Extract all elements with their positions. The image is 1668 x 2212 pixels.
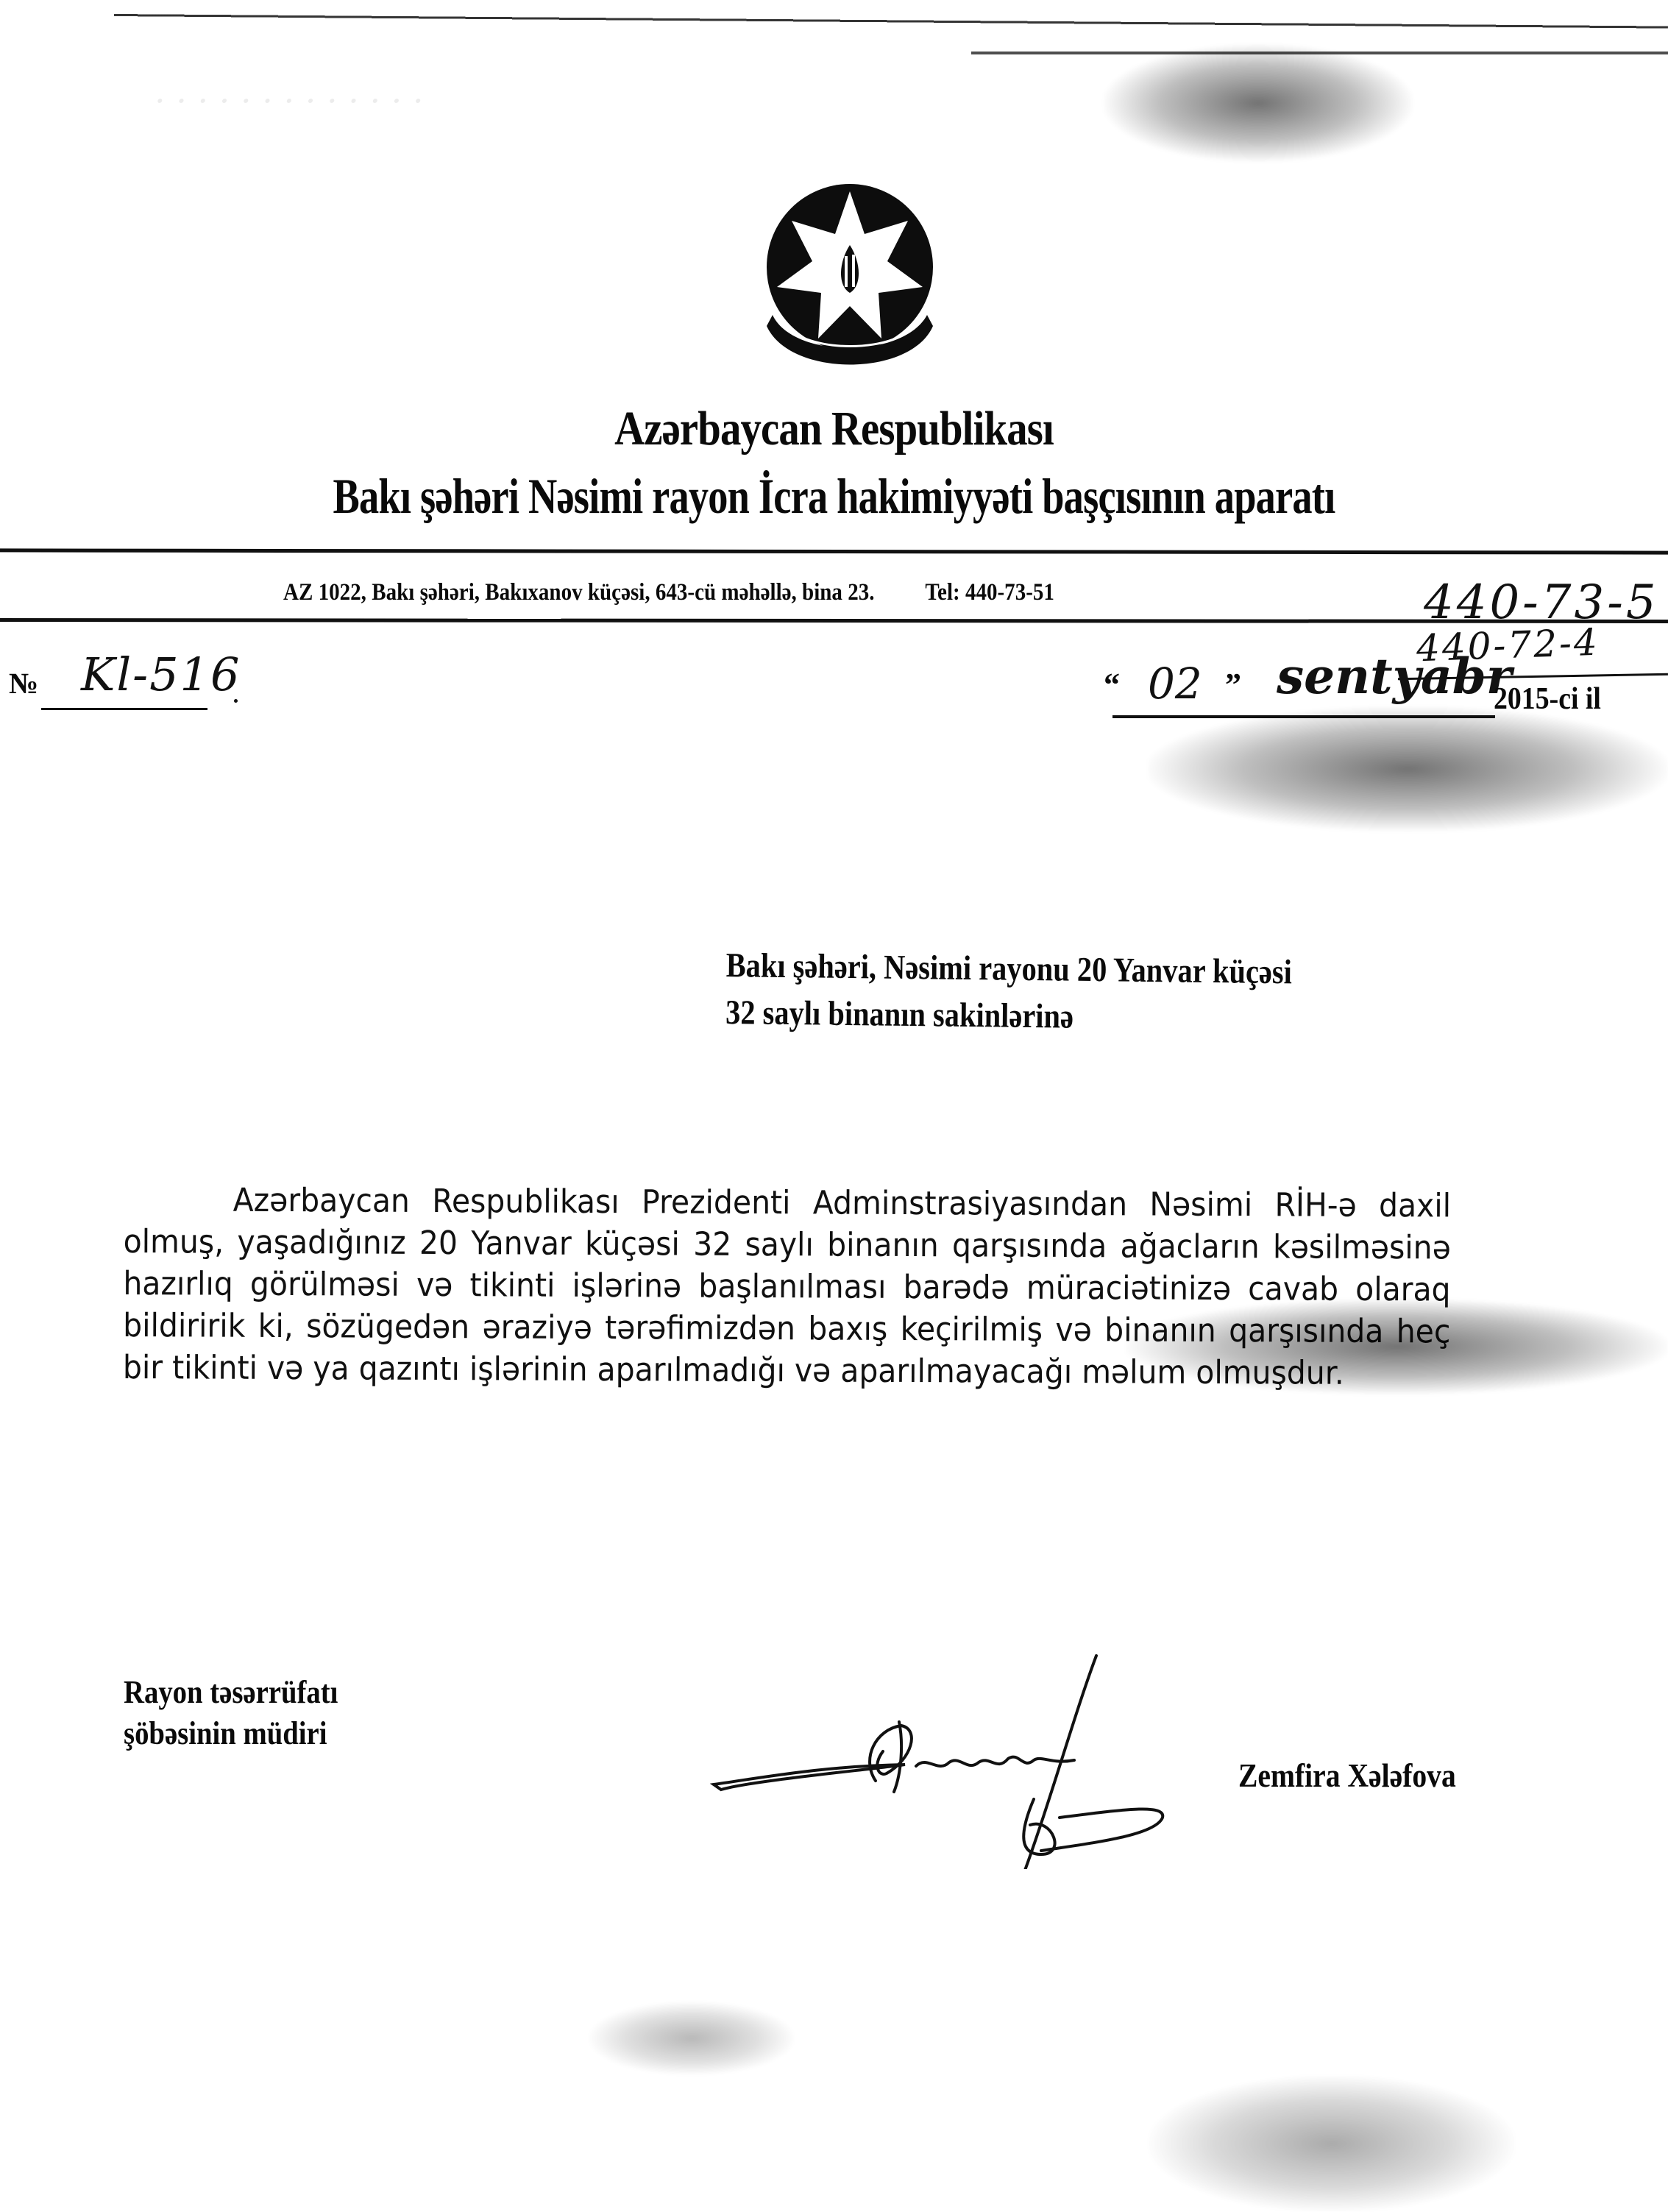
date-month: sentyabr xyxy=(1277,648,1512,705)
reference-number: Kl-516 xyxy=(81,648,241,701)
signatory-name: Zemfira Xələfova xyxy=(1238,1757,1456,1795)
signatory-title-line-1: Rayon təsərrüfatı xyxy=(124,1672,338,1713)
addressee-line-1: Bakı şəhəri, Nəsimi rayonu 20 Yanvar küç… xyxy=(725,942,1292,996)
header-divider xyxy=(0,548,1668,554)
faint-bleedthrough-handwriting: · · · · · · · · · · · · · xyxy=(155,81,424,121)
toner-smudge xyxy=(1104,44,1413,162)
toner-smudge xyxy=(1148,706,1668,832)
scan-artifact-line xyxy=(114,12,1668,35)
paragraph-indent xyxy=(124,1210,233,1211)
address-divider xyxy=(0,618,1668,623)
address-line: AZ 1022, Bakı şəhəri, Bakıxanov küçəsi, … xyxy=(283,579,1054,606)
reference-number-label: № xyxy=(9,666,38,701)
date-open-quote: “ xyxy=(1104,666,1120,703)
signatory-title: Rayon təsərrüfatı şöbəsinin müdiri xyxy=(124,1672,338,1754)
toner-smudge xyxy=(1148,2075,1516,2212)
addressee: Bakı şəhəri, Nəsimi rayonu 20 Yanvar küç… xyxy=(725,942,1292,1043)
reference-number-underline xyxy=(41,708,207,710)
signature-icon xyxy=(706,1634,1221,1869)
quote-mark: “ xyxy=(1104,667,1120,703)
address-text: AZ 1022, Bakı şəhəri, Bakıxanov küçəsi, … xyxy=(283,579,874,606)
date-close-quote: ” xyxy=(1225,666,1241,703)
header-organization: Bakı şəhəri Nəsimi rayon İcra hakimiyyət… xyxy=(167,467,1502,525)
signatory-title-line-2: şöbəsinin müdiri xyxy=(124,1713,338,1754)
telephone-printed: Tel: 440-73-51 xyxy=(925,579,1054,606)
addressee-line-2: 32 saylı binanın sakinlərinə xyxy=(725,989,1292,1043)
state-emblem-icon xyxy=(756,175,944,377)
dot-mark xyxy=(234,699,238,703)
date-day: 02 xyxy=(1148,659,1202,709)
toner-smudge xyxy=(1126,1299,1668,1394)
header-country: Azərbaycan Respublikası xyxy=(117,401,1552,457)
toner-smudge xyxy=(589,2002,795,2075)
